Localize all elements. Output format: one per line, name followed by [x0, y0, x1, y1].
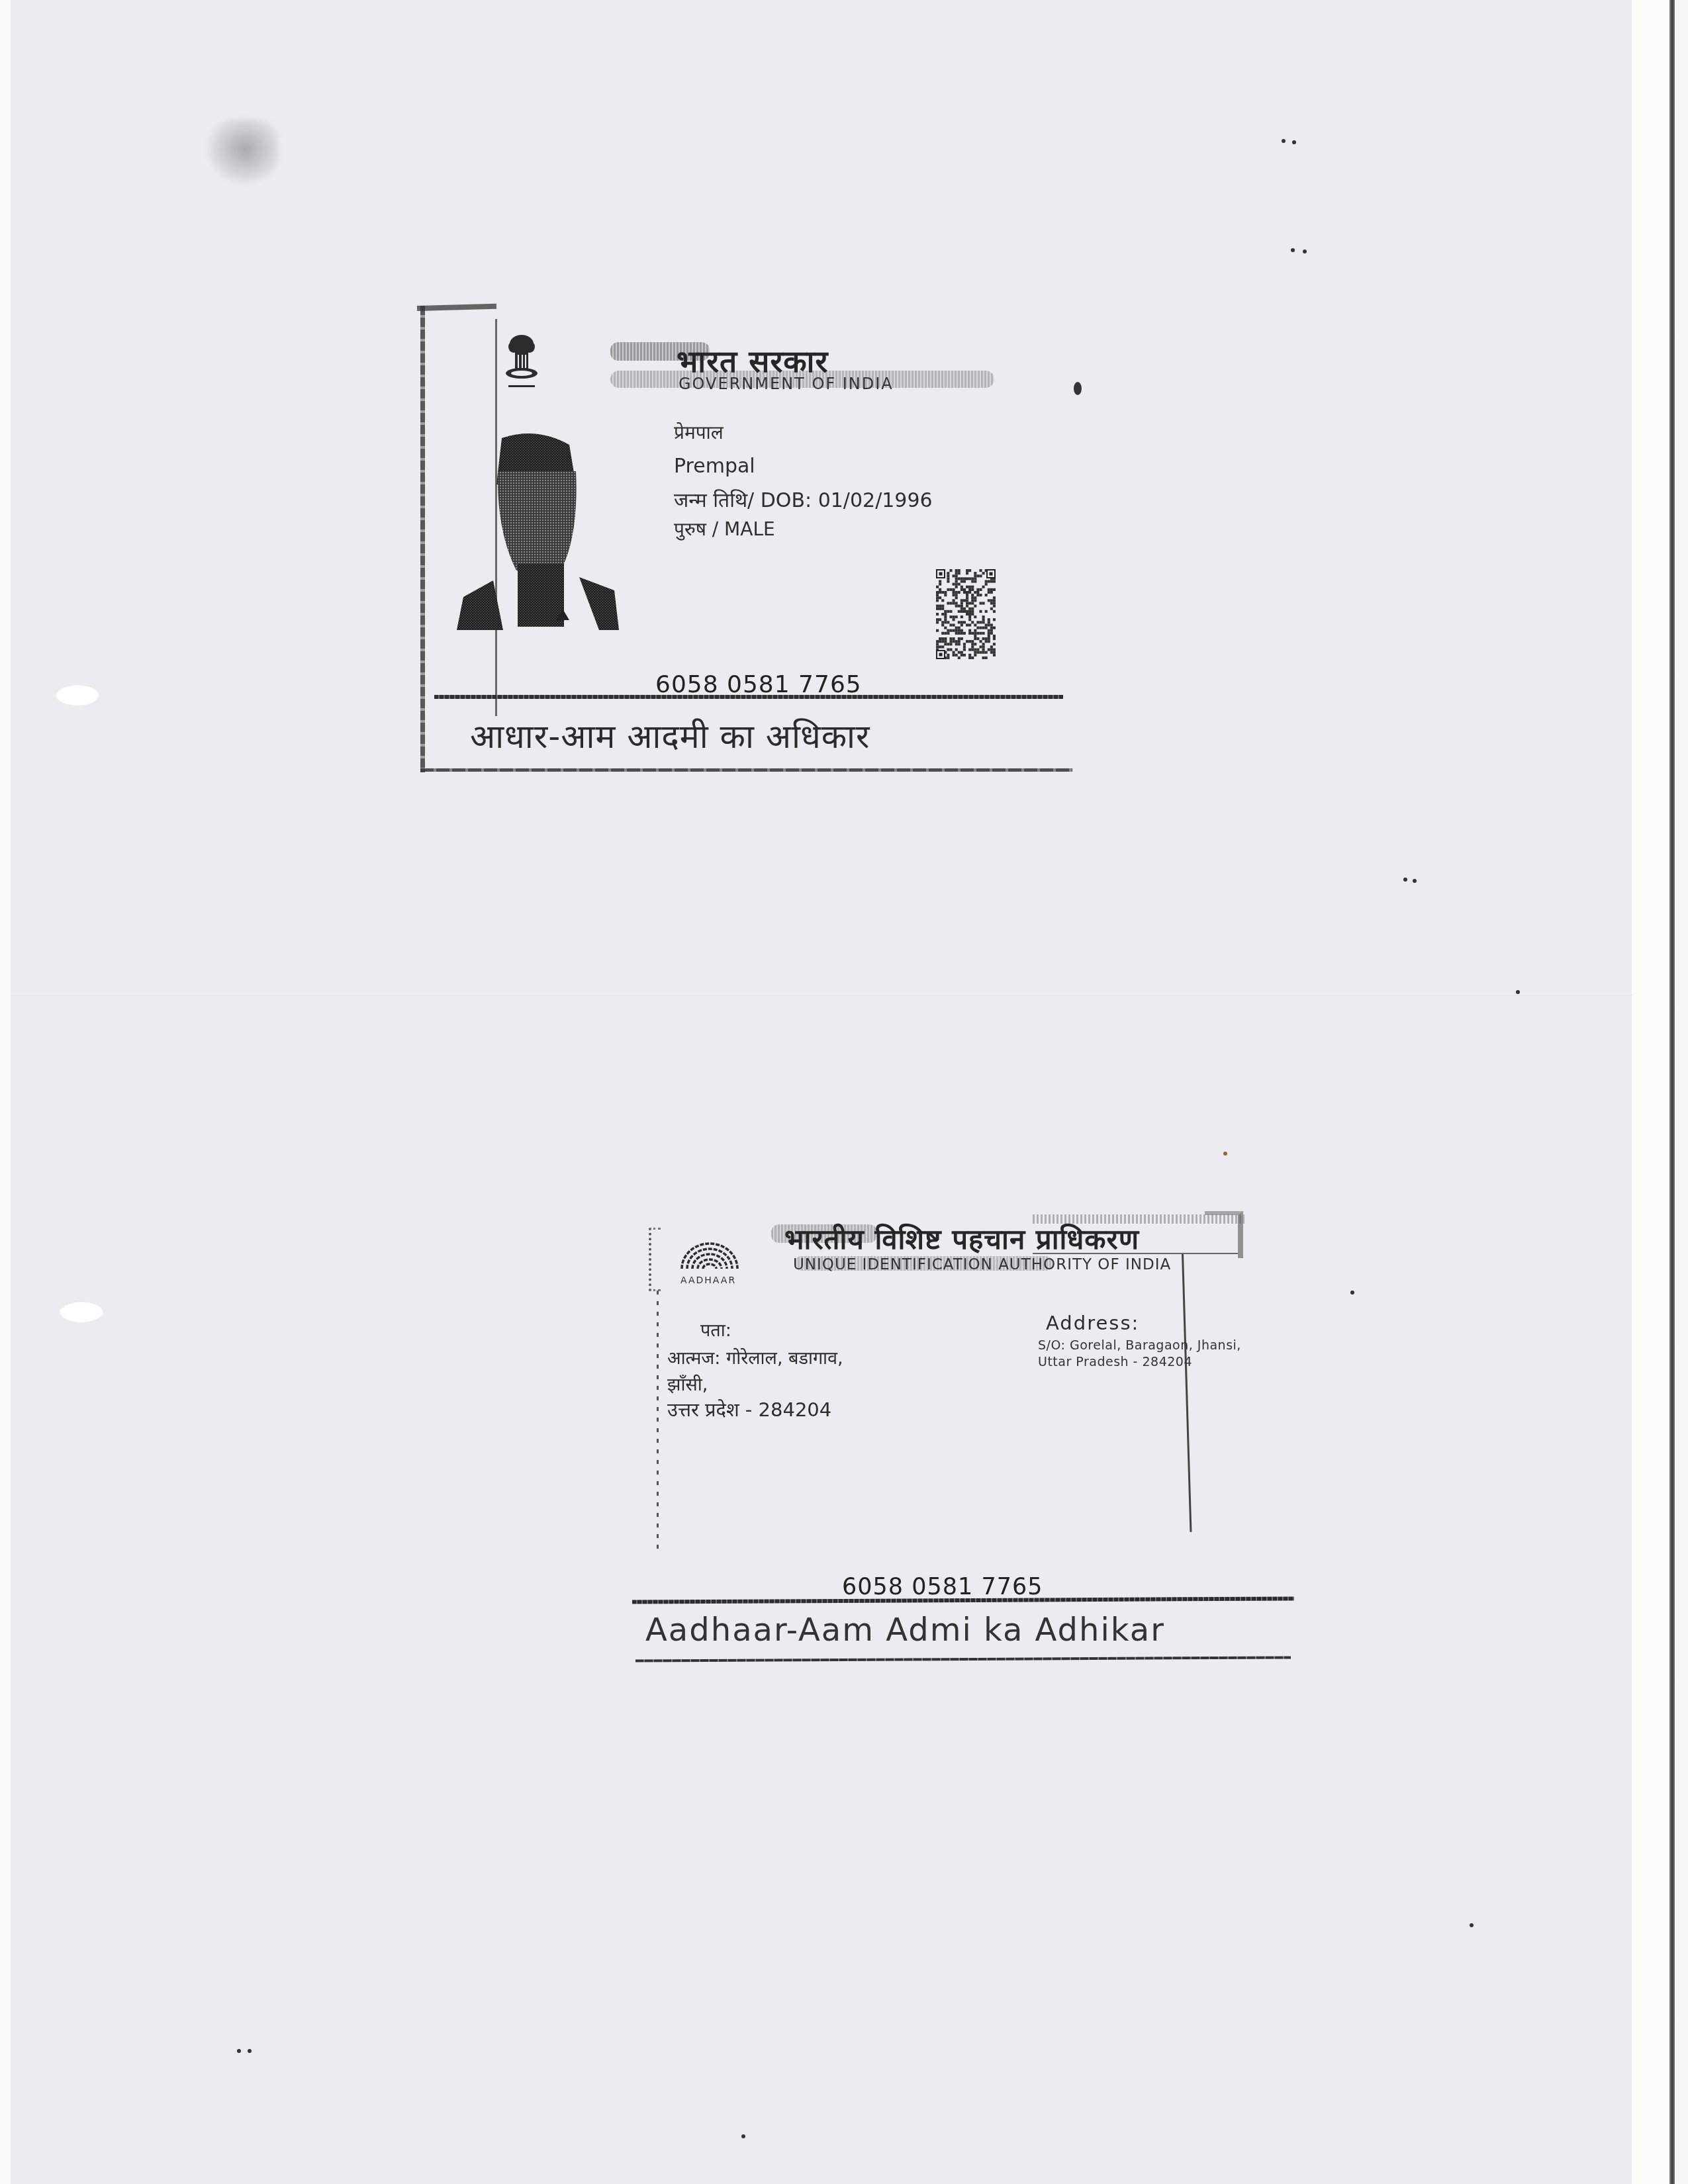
dob-value: 01/02/1996	[818, 489, 933, 512]
address-english-line: S/O: Gorelal, Baragaon, Jhansi,	[1038, 1338, 1241, 1353]
scan-speck	[1074, 382, 1082, 395]
aadhaar-logo-text: AADHAAR	[680, 1275, 736, 1286]
card-border-bottom	[420, 768, 1072, 772]
address-english-line: Uttar Pradesh - 284204	[1038, 1355, 1192, 1369]
date-of-birth: जन्म तिथि/ DOB: 01/02/1996	[674, 486, 933, 513]
address-hindi-line: उत्तर प्रदेश - 284204	[667, 1396, 831, 1422]
scan-right-edge	[1669, 0, 1675, 2184]
holder-name-english: Prempal	[674, 455, 755, 478]
aadhaar-card-front: भारत सरकार GOVERNMENT OF INDIA प्रेमपाल …	[417, 306, 1071, 779]
holder-photo	[457, 432, 655, 637]
card-divider-rule	[632, 1596, 1294, 1604]
address-label-english: Address:	[1046, 1312, 1139, 1334]
card-border-left	[420, 306, 425, 772]
issuer-english: GOVERNMENT OF INDIA	[679, 375, 894, 393]
issuer-hindi: भारतीय विशिष्ट पहचान प्राधिकरण	[784, 1220, 1139, 1257]
card-border-corner	[1205, 1211, 1243, 1258]
aadhaar-number-front: 6058 0581 7765	[655, 671, 862, 698]
slogan-english: Aadhaar-Aam Admi ka Adhikar	[645, 1612, 1165, 1649]
scan-speck	[1291, 248, 1295, 252]
issuer-english: UNIQUE IDENTIFICATION AUTHORITY OF INDIA	[793, 1256, 1171, 1273]
dob-label: जन्म तिथि/ DOB:	[674, 489, 812, 512]
gender: पुरुष / MALE	[674, 516, 775, 541]
card-border-top	[417, 304, 496, 311]
punch-hole-bottom	[60, 1301, 103, 1322]
scan-speck	[248, 2049, 252, 2053]
address-hindi-line: झाँसी,	[667, 1371, 708, 1396]
scan-right-strip	[1632, 0, 1671, 2184]
scan-left-margin	[0, 0, 11, 2184]
slogan-hindi: आधार-आम आदमी का अधिकार	[470, 713, 870, 758]
aadhaar-number-back: 6058 0581 7765	[842, 1574, 1043, 1600]
gender-english: / MALE	[712, 518, 775, 540]
holder-name-hindi: प्रेमपाल	[674, 420, 724, 445]
address-hindi-line: आत्मज: गोरेलाल, बडागाव,	[667, 1345, 843, 1369]
scan-speck	[1303, 250, 1307, 253]
aadhaar-card-back: AADHAAR भारतीय विशिष्ट पहचान प्राधिकरण U…	[622, 1191, 1297, 1681]
national-emblem-icon	[502, 332, 541, 392]
scan-speck	[1413, 879, 1417, 883]
aadhaar-fingerprint-logo-icon: AADHAAR	[675, 1234, 748, 1287]
card-border-left-bracket	[649, 1228, 661, 1291]
gender-hindi: पुरुष	[674, 518, 706, 540]
card-border-right	[1182, 1254, 1192, 1532]
punch-hole-top	[56, 684, 99, 705]
scan-speck	[1470, 1923, 1474, 1927]
scan-speck	[1292, 140, 1296, 144]
qr-code-icon	[936, 569, 996, 659]
scan-speck	[1282, 139, 1286, 143]
scan-outside-area	[1675, 0, 1688, 2184]
card-border-left	[657, 1291, 659, 1555]
scan-speck	[237, 2049, 241, 2053]
scan-speck	[741, 2134, 745, 2138]
paper-fold-crease	[11, 994, 1632, 995]
scan-speck	[1350, 1291, 1354, 1295]
scan-speck	[1223, 1152, 1227, 1156]
scan-speck	[1516, 990, 1520, 994]
scan-speck	[1403, 878, 1407, 882]
card-border-bottom	[635, 1656, 1291, 1662]
card-divider-rule	[434, 695, 1063, 699]
address-label-hindi: पता:	[700, 1317, 731, 1342]
ink-smudge	[205, 119, 278, 185]
